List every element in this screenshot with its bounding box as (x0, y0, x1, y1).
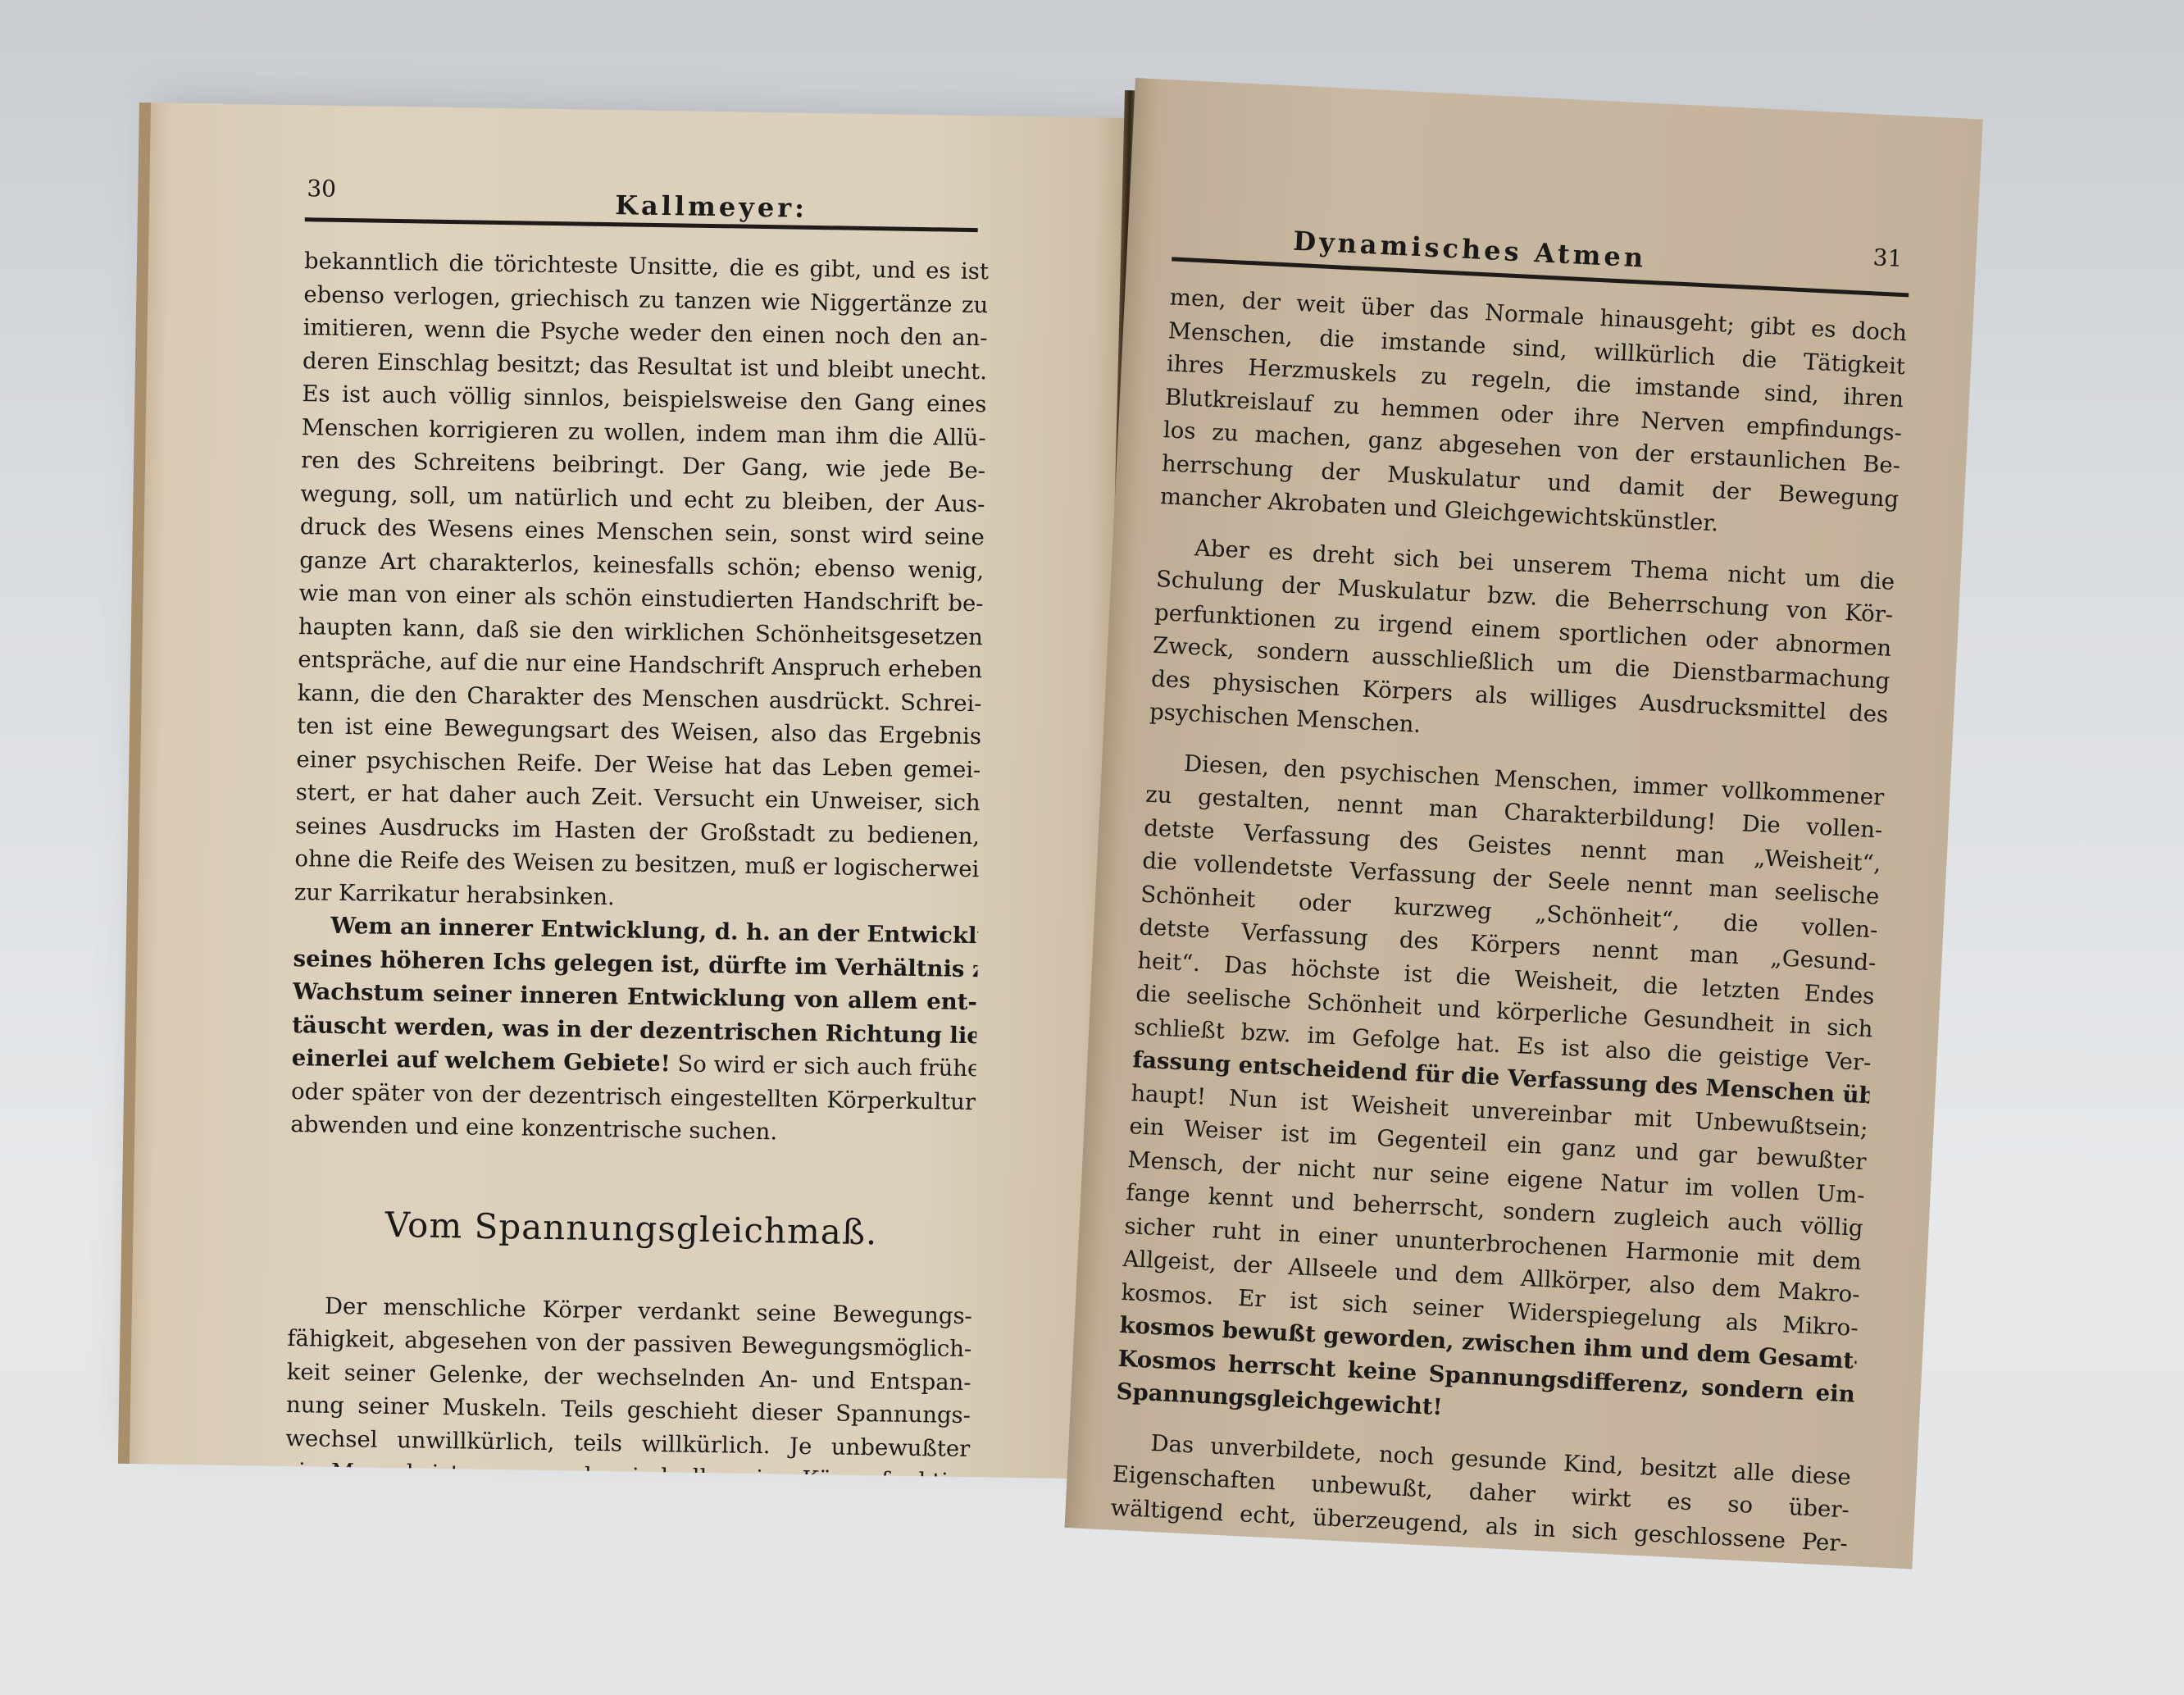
right-page: Dynamisches Atmen 31 men, der weit über … (1065, 78, 1983, 1569)
left-page-body: bekanntlich die törichteste Unsitte, die… (284, 244, 990, 1479)
paragraph: Aber es dreht sich bei unserem Thema nic… (1149, 530, 1895, 765)
paragraph: bekanntlich die törichteste Unsitte, die… (294, 244, 990, 919)
bold-phrase: einerlei auf welchem Gebiete! (291, 1045, 671, 1077)
paragraph: men, der weit über das Normale hinausgeh… (1159, 280, 1908, 549)
regular-phrase: So wird er sich auch früher (670, 1050, 976, 1082)
section-heading: Vom Spannungsgleichmaß. (289, 1199, 974, 1259)
paragraph-emphasized: Wem an innerer Entwicklung, d. h. an der… (290, 909, 978, 1152)
paragraph: Diesen, den psychischen Menschen, immer … (1116, 745, 1885, 1444)
paragraph: Der menschliche Körper verdankt seine Be… (284, 1289, 973, 1479)
left-page: 30 Kallmeyer: bekanntlich die törichtest… (118, 103, 1127, 1479)
running-head-left: 30 Kallmeyer: (149, 172, 1126, 237)
page-number-right: 31 (1872, 244, 1903, 272)
right-page-body: men, der weit über das Normale hinausgeh… (1105, 280, 1908, 1569)
